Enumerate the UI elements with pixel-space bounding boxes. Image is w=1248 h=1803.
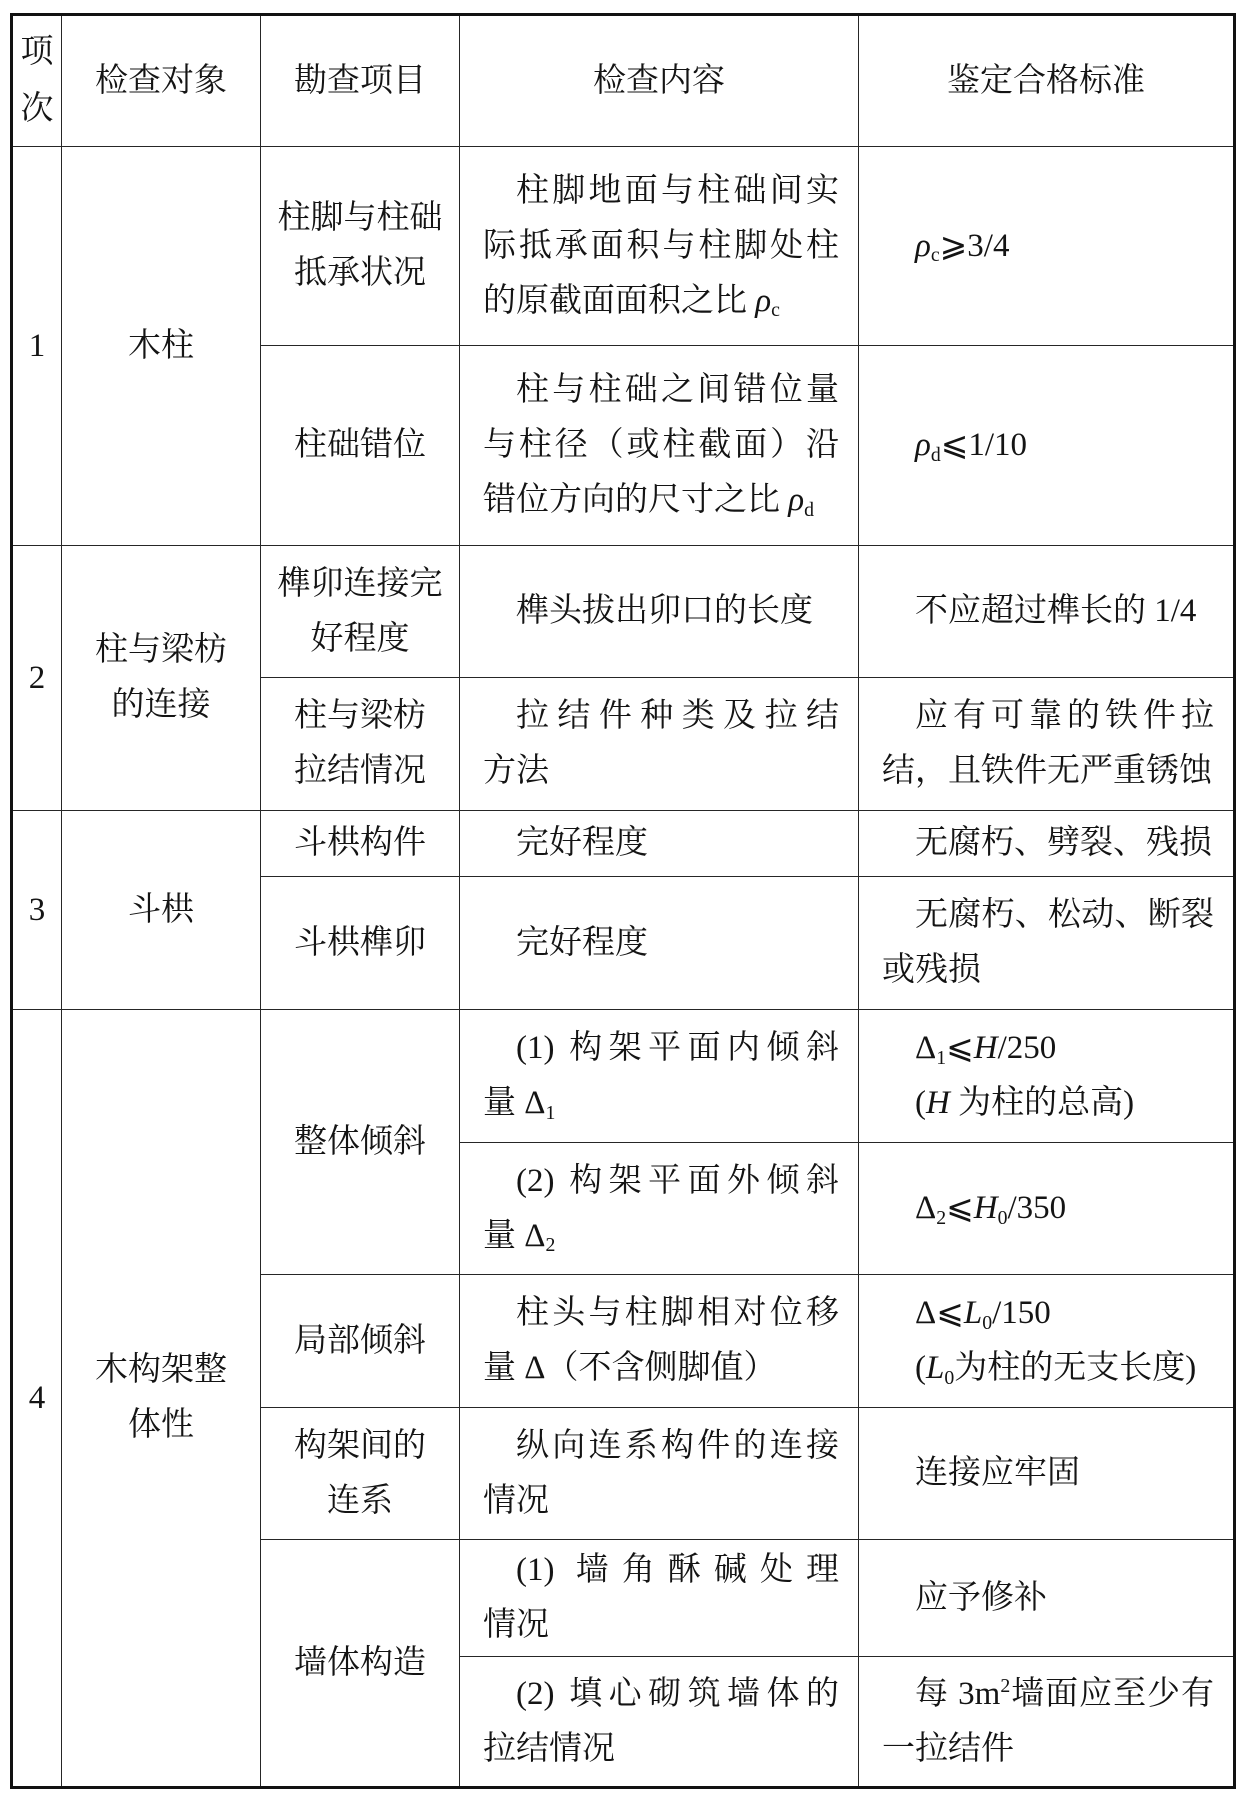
standard-text: 每 3m2墙面应至少有一拉结件 xyxy=(882,1667,1214,1777)
cell-standard: 无腐朽、劈裂、残损 xyxy=(859,811,1235,877)
paragraph: Δ1⩽H/250 xyxy=(882,1021,1214,1076)
text-line: 错位方向的尺寸之比 ρd xyxy=(483,473,839,528)
content-text: 完好程度 xyxy=(483,916,839,971)
inspection-standard-table: 项次 检查对象 勘查项目 检查内容 鉴定合格标准 1 木柱 柱脚与柱础抵承状况 … xyxy=(10,13,1236,1789)
paragraph: 柱头与柱脚相对位移量 Δ（不含侧脚值） xyxy=(483,1286,839,1396)
subscript: 1 xyxy=(936,1047,946,1069)
paragraph: 榫头拔出卯口的长度 xyxy=(483,584,839,639)
text-line: ρd⩽1/10 xyxy=(882,418,1214,473)
text-line: 柱与梁枋 xyxy=(265,689,455,744)
paragraph: Δ2⩽H0/350 xyxy=(882,1181,1214,1236)
cell-survey-item: 斗栱榫卯 xyxy=(261,877,460,1010)
cell-content: (1) 构架平面内倾斜量 Δ1 xyxy=(460,1010,859,1143)
cell-content: 纵向连系构件的连接情况 xyxy=(460,1408,859,1540)
header-object: 检查对象 xyxy=(62,15,261,147)
paragraph: 完好程度 xyxy=(483,816,839,871)
paragraph: (L0为柱的无支长度) xyxy=(882,1341,1214,1396)
cell-standard: 应予修补 xyxy=(859,1540,1235,1657)
content-text: 纵向连系构件的连接情况 xyxy=(483,1419,839,1529)
paragraph: 连接应牢固 xyxy=(882,1446,1214,1501)
survey-item-label: 柱脚与柱础抵承状况 xyxy=(265,191,455,301)
cell-content: (2) 填心砌筑墙体的拉结情况 xyxy=(460,1657,859,1788)
subscript: 2 xyxy=(545,1234,555,1256)
standard-text: Δ1⩽H/250(H 为柱的总高) xyxy=(882,1021,1214,1131)
cell-standard: Δ1⩽H/250(H 为柱的总高) xyxy=(859,1010,1235,1143)
subscript: 0 xyxy=(982,1312,992,1334)
cell-content: 榫头拔出卯口的长度 xyxy=(460,546,859,678)
survey-item-label: 斗栱榫卯 xyxy=(265,916,455,971)
content-text: 柱与柱础之间错位量与柱径（或柱截面）沿错位方向的尺寸之比 ρd xyxy=(483,363,839,528)
text-line: Δ2⩽H0/350 xyxy=(882,1181,1214,1236)
italic-symbol: L xyxy=(926,1350,944,1386)
text-line: 柱脚与柱础 xyxy=(265,191,455,246)
italic-symbol: ρ xyxy=(755,283,771,319)
survey-item-label: 墙体构造 xyxy=(265,1636,455,1691)
text-line: 柱础错位 xyxy=(265,418,455,473)
text-line: ρc⩾3/4 xyxy=(882,219,1214,274)
paragraph: 拉结件种类及拉结方法 xyxy=(483,689,839,799)
text-line: 榫头拔出卯口的长度 xyxy=(483,584,839,639)
text-line: (L0为柱的无支长度) xyxy=(882,1341,1214,1396)
subscript: c xyxy=(771,299,780,321)
standard-text: 应予修补 xyxy=(882,1571,1214,1626)
text-line: 情况 xyxy=(483,1474,839,1529)
text-line: 结，且铁件无严重锈蚀 xyxy=(882,744,1214,799)
cell-standard: 每 3m2墙面应至少有一拉结件 xyxy=(859,1657,1235,1788)
subscript: 1 xyxy=(545,1102,555,1124)
content-text: 柱头与柱脚相对位移量 Δ（不含侧脚值） xyxy=(483,1286,839,1396)
text-line: 柱与柱础之间错位量 xyxy=(483,363,839,418)
survey-item-label: 局部倾斜 xyxy=(265,1314,455,1369)
cell-survey-item: 墙体构造 xyxy=(261,1540,460,1788)
paragraph: 无腐朽、松动、断裂或残损 xyxy=(882,888,1214,998)
text-line: 木构架整 xyxy=(66,1343,256,1398)
paragraph: (2) 填心砌筑墙体的拉结情况 xyxy=(483,1667,839,1777)
cell-content: 完好程度 xyxy=(460,877,859,1010)
cell-survey-item: 构架间的连系 xyxy=(261,1408,460,1540)
cell-standard: 不应超过榫长的 1/4 xyxy=(859,546,1235,678)
text-line: 抵承状况 xyxy=(265,246,455,301)
text-line: 拉结情况 xyxy=(265,744,455,799)
cell-object: 木柱 xyxy=(62,147,261,546)
text-line: 斗栱榫卯 xyxy=(265,916,455,971)
text-line: 连接应牢固 xyxy=(882,1446,1214,1501)
object-label: 斗栱 xyxy=(66,883,256,938)
cell-content: 柱头与柱脚相对位移量 Δ（不含侧脚值） xyxy=(460,1275,859,1408)
text-line: 整体倾斜 xyxy=(265,1115,455,1170)
cell-standard: 连接应牢固 xyxy=(859,1408,1235,1540)
survey-item-label: 斗栱构件 xyxy=(265,816,455,871)
text-line: 纵向连系构件的连接 xyxy=(483,1419,839,1474)
table-row: 2 柱与梁枋的连接 榫卯连接完好程度 榫头拔出卯口的长度 不应超过榫长的 1/4 xyxy=(12,546,1235,678)
text-line: 局部倾斜 xyxy=(265,1314,455,1369)
text-line: 一拉结件 xyxy=(882,1722,1214,1777)
paragraph: (2) 构架平面外倾斜量 Δ2 xyxy=(483,1154,839,1264)
text-line: 斗栱构件 xyxy=(265,816,455,871)
text-line: 拉结件种类及拉结 xyxy=(483,689,839,744)
header-row: 项次 检查对象 勘查项目 检查内容 鉴定合格标准 xyxy=(12,15,1235,147)
superscript: 2 xyxy=(1000,1675,1010,1697)
subscript: 0 xyxy=(944,1367,954,1389)
text-line: 或残损 xyxy=(882,943,1214,998)
paragraph: 纵向连系构件的连接情况 xyxy=(483,1419,839,1529)
table-row: 3 斗栱 斗栱构件 完好程度 无腐朽、劈裂、残损 xyxy=(12,811,1235,877)
cell-content: (1) 墙角酥碱处理情况 xyxy=(460,1540,859,1657)
text-line: 应有可靠的铁件拉 xyxy=(882,689,1214,744)
content-text: (2) 构架平面外倾斜量 Δ2 xyxy=(483,1154,839,1264)
cell-survey-item: 柱与梁枋拉结情况 xyxy=(261,678,460,811)
cell-object: 木构架整体性 xyxy=(62,1010,261,1788)
table-row: 4 木构架整体性 整体倾斜 (1) 构架平面内倾斜量 Δ1 Δ1⩽H/250(H… xyxy=(12,1010,1235,1143)
text-line: 情况 xyxy=(483,1598,839,1653)
content-text: 拉结件种类及拉结方法 xyxy=(483,689,839,799)
italic-symbol: ρ xyxy=(788,482,804,518)
text-line: 柱脚地面与柱础间实 xyxy=(483,164,839,219)
paragraph: Δ⩽L0/150 xyxy=(882,1286,1214,1341)
cell-item-no: 3 xyxy=(12,811,62,1010)
cell-survey-item: 榫卯连接完好程度 xyxy=(261,546,460,678)
text-line: (1) 构架平面内倾斜 xyxy=(483,1021,839,1076)
text-line: (2) 构架平面外倾斜 xyxy=(483,1154,839,1209)
text-line: 拉结情况 xyxy=(483,1722,839,1777)
text-line: 与柱径（或柱截面）沿 xyxy=(483,418,839,473)
cell-survey-item: 柱脚与柱础抵承状况 xyxy=(261,147,460,346)
text-line: 体性 xyxy=(66,1398,256,1453)
standard-text: Δ⩽L0/150(L0为柱的无支长度) xyxy=(882,1286,1214,1396)
text-line: (1) 墙角酥碱处理 xyxy=(483,1543,839,1598)
object-label: 木柱 xyxy=(66,319,256,374)
content-text: (1) 墙角酥碱处理情况 xyxy=(483,1543,839,1653)
cell-item-no: 4 xyxy=(12,1010,62,1788)
survey-item-label: 柱础错位 xyxy=(265,418,455,473)
text-line: 构架间的 xyxy=(265,1419,455,1474)
paragraph: 完好程度 xyxy=(483,916,839,971)
text-line: (H 为柱的总高) xyxy=(882,1076,1214,1131)
header-survey-item: 勘查项目 xyxy=(261,15,460,147)
content-text: 榫头拔出卯口的长度 xyxy=(483,584,839,639)
standard-text: ρc⩾3/4 xyxy=(882,219,1214,274)
survey-item-label: 榫卯连接完好程度 xyxy=(265,557,455,667)
cell-item-no: 1 xyxy=(12,147,62,546)
header-standard: 鉴定合格标准 xyxy=(859,15,1235,147)
paragraph: (H 为柱的总高) xyxy=(882,1076,1214,1131)
text-line: 量 Δ（不含侧脚值） xyxy=(483,1341,839,1396)
text-line: 次 xyxy=(17,81,57,138)
text-line: 好程度 xyxy=(265,612,455,667)
italic-symbol: ρ xyxy=(915,427,931,463)
subscript: d xyxy=(804,499,814,521)
text-line: 连系 xyxy=(265,1474,455,1529)
text-line: 完好程度 xyxy=(483,816,839,871)
text-line: 无腐朽、劈裂、残损 xyxy=(882,816,1214,871)
survey-item-label: 构架间的连系 xyxy=(265,1419,455,1529)
text-line: 不应超过榫长的 1/4 xyxy=(882,584,1214,639)
content-text: (1) 构架平面内倾斜量 Δ1 xyxy=(483,1021,839,1131)
text-line: 墙体构造 xyxy=(265,1636,455,1691)
cell-content: 完好程度 xyxy=(460,811,859,877)
subscript: d xyxy=(931,444,941,466)
cell-survey-item: 斗栱构件 xyxy=(261,811,460,877)
italic-symbol: H xyxy=(974,1190,998,1226)
paragraph: 柱与柱础之间错位量与柱径（或柱截面）沿错位方向的尺寸之比 ρd xyxy=(483,363,839,528)
italic-symbol: H xyxy=(926,1085,950,1121)
standard-text: 应有可靠的铁件拉结，且铁件无严重锈蚀 xyxy=(882,689,1214,799)
object-label: 木构架整体性 xyxy=(66,1343,256,1453)
subscript: 0 xyxy=(998,1207,1008,1229)
text-line: 的连接 xyxy=(66,678,256,733)
cell-item-no: 2 xyxy=(12,546,62,811)
text-line: 每 3m2墙面应至少有 xyxy=(882,1667,1214,1722)
standard-text: 无腐朽、松动、断裂或残损 xyxy=(882,888,1214,998)
paragraph: ρd⩽1/10 xyxy=(882,418,1214,473)
survey-item-label: 柱与梁枋拉结情况 xyxy=(265,689,455,799)
paragraph: ρc⩾3/4 xyxy=(882,219,1214,274)
cell-survey-item: 整体倾斜 xyxy=(261,1010,460,1275)
italic-symbol: L xyxy=(964,1295,982,1331)
text-line: 斗栱 xyxy=(66,883,256,938)
subscript: 2 xyxy=(936,1207,946,1229)
text-line: 的原截面面积之比 ρc xyxy=(483,274,839,329)
cell-standard: 应有可靠的铁件拉结，且铁件无严重锈蚀 xyxy=(859,678,1235,811)
paragraph: 无腐朽、劈裂、残损 xyxy=(882,816,1214,871)
content-text: 柱脚地面与柱础间实际抵承面积与柱脚处柱的原截面面积之比 ρc xyxy=(483,164,839,329)
survey-item-label: 整体倾斜 xyxy=(265,1115,455,1170)
cell-standard: 无腐朽、松动、断裂或残损 xyxy=(859,877,1235,1010)
text-line: 方法 xyxy=(483,744,839,799)
cell-standard: ρd⩽1/10 xyxy=(859,346,1235,546)
text-line: 际抵承面积与柱脚处柱 xyxy=(483,219,839,274)
text-line: 完好程度 xyxy=(483,916,839,971)
cell-standard: Δ⩽L0/150(L0为柱的无支长度) xyxy=(859,1275,1235,1408)
cell-object: 柱与梁枋的连接 xyxy=(62,546,261,811)
paragraph: 不应超过榫长的 1/4 xyxy=(882,584,1214,639)
paragraph: (1) 构架平面内倾斜量 Δ1 xyxy=(483,1021,839,1131)
standard-text: 不应超过榫长的 1/4 xyxy=(882,584,1214,639)
text-line: 量 Δ1 xyxy=(483,1076,839,1131)
cell-survey-item: 柱础错位 xyxy=(261,346,460,546)
cell-standard: Δ2⩽H0/350 xyxy=(859,1143,1235,1275)
table-row: 1 木柱 柱脚与柱础抵承状况 柱脚地面与柱础间实际抵承面积与柱脚处柱的原截面面积… xyxy=(12,147,1235,346)
standard-text: Δ2⩽H0/350 xyxy=(882,1181,1214,1236)
cell-standard: ρc⩾3/4 xyxy=(859,147,1235,346)
text-line: Δ1⩽H/250 xyxy=(882,1021,1214,1076)
text-line: 无腐朽、松动、断裂 xyxy=(882,888,1214,943)
text-line: 量 Δ2 xyxy=(483,1209,839,1264)
text-line: 柱头与柱脚相对位移 xyxy=(483,1286,839,1341)
text-line: Δ⩽L0/150 xyxy=(882,1286,1214,1341)
cell-content: 柱与柱础之间错位量与柱径（或柱截面）沿错位方向的尺寸之比 ρd xyxy=(460,346,859,546)
text-line: 木柱 xyxy=(66,319,256,374)
paragraph: (1) 墙角酥碱处理情况 xyxy=(483,1543,839,1653)
standard-text: 无腐朽、劈裂、残损 xyxy=(882,816,1214,871)
content-text: (2) 填心砌筑墙体的拉结情况 xyxy=(483,1667,839,1777)
paragraph: 应予修补 xyxy=(882,1571,1214,1626)
italic-symbol: H xyxy=(974,1030,998,1066)
text-line: 榫卯连接完 xyxy=(265,557,455,612)
cell-object: 斗栱 xyxy=(62,811,261,1010)
text-line: 柱与梁枋 xyxy=(66,623,256,678)
content-text: 完好程度 xyxy=(483,816,839,871)
italic-symbol: ρ xyxy=(915,228,931,264)
header-content: 检查内容 xyxy=(460,15,859,147)
subscript: c xyxy=(931,244,940,266)
paragraph: 柱脚地面与柱础间实际抵承面积与柱脚处柱的原截面面积之比 ρc xyxy=(483,164,839,329)
standard-text: ρd⩽1/10 xyxy=(882,418,1214,473)
cell-content: 拉结件种类及拉结方法 xyxy=(460,678,859,811)
paragraph: 应有可靠的铁件拉结，且铁件无严重锈蚀 xyxy=(882,689,1214,799)
header-item-no: 项次 xyxy=(12,15,62,147)
cell-content: (2) 构架平面外倾斜量 Δ2 xyxy=(460,1143,859,1275)
text-line: 项 xyxy=(17,24,57,81)
paragraph: 每 3m2墙面应至少有一拉结件 xyxy=(882,1667,1214,1777)
object-label: 柱与梁枋的连接 xyxy=(66,623,256,733)
cell-content: 柱脚地面与柱础间实际抵承面积与柱脚处柱的原截面面积之比 ρc xyxy=(460,147,859,346)
header-item-no-label: 项次 xyxy=(17,24,57,138)
cell-survey-item: 局部倾斜 xyxy=(261,1275,460,1408)
standard-text: 连接应牢固 xyxy=(882,1446,1214,1501)
text-line: 应予修补 xyxy=(882,1571,1214,1626)
text-line: (2) 填心砌筑墙体的 xyxy=(483,1667,839,1722)
